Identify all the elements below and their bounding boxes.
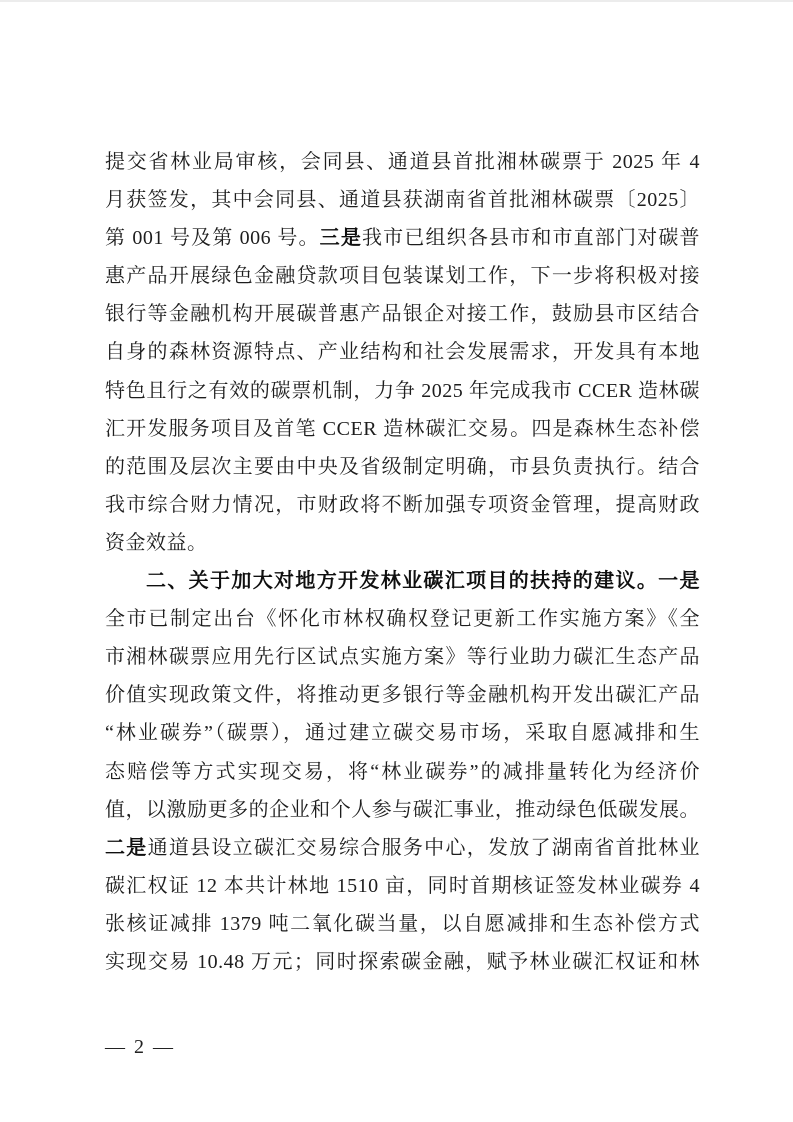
text-segment: 实现交易 10.48 万元；同时探索碳金融，赋予林业碳汇权证和林 [105,951,700,973]
text-segment: 通道县设立碳汇交易综合服务中心，发放了湖南省首批林业 [148,837,700,859]
text-line: 实现交易 10.48 万元；同时探索碳金融，赋予林业碳汇权证和林 [105,943,700,981]
text-segment: 全市已制定出台《怀化市林权确权登记更新工作实施方案》《全 [105,608,700,630]
text-line: 全市已制定出台《怀化市林权确权登记更新工作实施方案》《全 [105,600,700,638]
text-line: 市湘林碳票应用先行区试点实施方案》等行业助力碳汇生态产品 [105,638,700,676]
text-segment: 惠产品开展绿色金融贷款项目包装谋划工作，下一步将积极对接 [105,265,700,287]
text-line: 我市综合财力情况，市财政将不断加强专项资金管理，提高财政 [105,486,700,524]
document-body: 提交省林业局审核，会同县、通道县首批湘林碳票于 2025 年 4 月获签发，其中… [105,143,700,981]
text-segment: 价值实现政策文件，将推动更多银行等金融机构开发出碳汇产品 [105,684,700,706]
text-segment: 态赔偿等方式实现交易，将“林业碳券”的减排量转化为经济价 [105,761,700,783]
section-heading: 二、关于加大对地方开发林业碳汇项目的扶持的建议。一是 [146,570,700,592]
text-segment: 值，以激励更多的企业和个人参与碳汇事业，推动绿色低碳发展。 [105,799,700,821]
text-line: 值，以激励更多的企业和个人参与碳汇事业，推动绿色低碳发展。 [105,791,700,829]
text-line: 提交省林业局审核，会同县、通道县首批湘林碳票于 2025 年 4 [105,143,700,181]
section-heading-line: 二、关于加大对地方开发林业碳汇项目的扶持的建议。一是 [105,562,700,600]
text-segment: 提交省林业局审核，会同县、通道县首批湘林碳票于 2025 年 4 [105,151,700,173]
text-segment: 特色且行之有效的碳票机制，力争 2025 年完成我市 CCER 造林碳 [105,380,700,402]
scan-top-edge [0,0,793,2]
document-page: 提交省林业局审核，会同县、通道县首批湘林碳票于 2025 年 4 月获签发，其中… [0,0,793,1122]
text-line: “林业碳券”（碳票），通过建立碳交易市场，采取自愿减排和生 [105,714,700,752]
text-line: 惠产品开展绿色金融贷款项目包装谋划工作，下一步将积极对接 [105,257,700,295]
text-segment: 我市已组织各县市和市直部门对碳普 [362,227,700,249]
text-segment: 自身的森林资源特点、产业结构和社会发展需求，开发具有本地 [105,341,700,363]
text-segment: 月获签发，其中会同县、通道县获湖南省首批湘林碳票〔2025〕 [105,189,700,211]
text-line: 张核证减排 1379 吨二氧化碳当量，以自愿减排和生态补偿方式 [105,905,700,943]
text-line: 碳汇权证 12 本共计林地 1510 亩，同时首期核证签发林业碳券 4 [105,867,700,905]
text-line: 价值实现政策文件，将推动更多银行等金融机构开发出碳汇产品 [105,676,700,714]
text-segment: 市湘林碳票应用先行区试点实施方案》等行业助力碳汇生态产品 [105,646,700,668]
text-segment: 汇开发服务项目及首笔 CCER 造林碳汇交易。四是森林生态补偿 [105,418,700,440]
text-segment: 第 001 号及第 006 号。 [105,227,320,249]
text-line: 的范围及层次主要由中央及省级制定明确，市县负责执行。结合 [105,448,700,486]
page-number: — 2 — [105,1036,175,1059]
text-line: 自身的森林资源特点、产业结构和社会发展需求，开发具有本地 [105,333,700,371]
text-segment: 银行等金融机构开展碳普惠产品银企对接工作，鼓励县市区结合 [105,303,700,325]
text-segment: 碳汇权证 12 本共计林地 1510 亩，同时首期核证签发林业碳券 4 [105,875,700,897]
text-line: 月获签发，其中会同县、通道县获湖南省首批湘林碳票〔2025〕 [105,181,700,219]
text-segment: 资金效益。 [105,532,208,554]
text-segment: 的范围及层次主要由中央及省级制定明确，市县负责执行。结合 [105,456,700,478]
text-line: 汇开发服务项目及首笔 CCER 造林碳汇交易。四是森林生态补偿 [105,410,700,448]
text-line: 资金效益。 [105,524,700,562]
text-line: 第 001 号及第 006 号。三是我市已组织各县市和市直部门对碳普 [105,219,700,257]
text-line: 银行等金融机构开展碳普惠产品银企对接工作，鼓励县市区结合 [105,295,700,333]
text-line: 二是通道县设立碳汇交易综合服务中心，发放了湖南省首批林业 [105,829,700,867]
text-segment: 我市综合财力情况，市财政将不断加强专项资金管理，提高财政 [105,494,700,516]
text-line: 特色且行之有效的碳票机制，力争 2025 年完成我市 CCER 造林碳 [105,372,700,410]
text-line: 态赔偿等方式实现交易，将“林业碳券”的减排量转化为经济价 [105,753,700,791]
bold-run-er-shi: 二是 [105,837,148,859]
text-segment: 张核证减排 1379 吨二氧化碳当量，以自愿减排和生态补偿方式 [105,913,700,935]
bold-run-san-shi: 三是 [320,227,362,249]
text-segment: “林业碳券”（碳票），通过建立碳交易市场，采取自愿减排和生 [105,722,700,744]
